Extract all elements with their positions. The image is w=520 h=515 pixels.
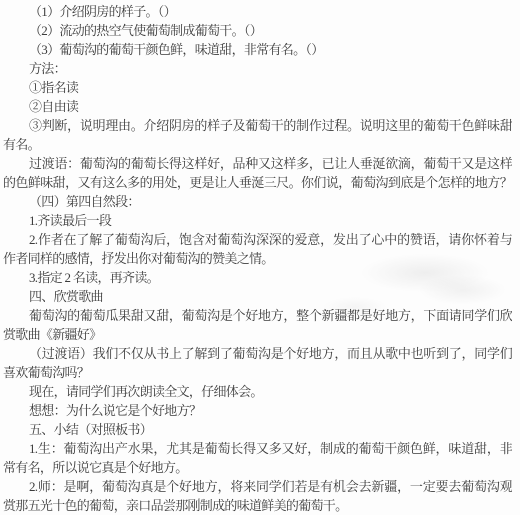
document-page: （1）介绍阴房的样子。（）（2）流动的热空气使葡萄制成葡萄干。（）（3）葡萄沟的… [0,0,520,515]
text-line: 1.生：葡萄沟出产水果，尤其是葡萄长得又多又好，制成的葡萄干颜色鲜，味道甜，非 [3,439,512,458]
text-line: 现在，请同学们再次朗读全文，仔细体会。 [3,382,512,401]
text-line: 有名。 [3,135,512,154]
text-line: 赏歌曲《新疆好》 [3,325,512,344]
text-line: 喜欢葡萄沟吗？ [3,363,512,382]
text-line: 常有名，所以说它真是个好地方。 [3,458,512,477]
text-line: （四）第四自然段： [3,192,512,211]
text-line: 想想：为什么说它是个好地方？ [3,401,512,420]
text-line: 五、小结（对照板书） [3,420,512,439]
text-line: 的色鲜味甜，又有这么多的用处，更是让人垂涎三尺。你们说，葡萄沟到底是个怎样的地方… [3,173,512,192]
text-line: 作者同样的感情，抒发出你对葡萄沟的赞美之情。 [3,249,512,268]
text-line: ②自由读 [3,97,512,116]
text-line: （过渡语）我们不仅从书上了解到了葡萄沟是个好地方，而且从歌中也听到了，同学们 [3,344,512,363]
text-line: 方法： [3,59,512,78]
text-line: 1.齐读最后一段 [3,211,512,230]
text-line: ①指名读 [3,78,512,97]
document-body: （1）介绍阴房的样子。（）（2）流动的热空气使葡萄制成葡萄干。（）（3）葡萄沟的… [3,2,512,515]
text-line: （1）介绍阴房的样子。（） [3,2,512,21]
text-line: 过渡语：葡萄沟的葡萄长得这样好，品种又这样多，已让人垂涎欲滴，葡萄干又是这样 [3,154,512,173]
text-line: （2）流动的热空气使葡萄制成葡萄干。（） [3,21,512,40]
text-line: 2.师：是啊，葡萄沟真是个好地方，将来同学们若是有机会去新疆，一定要去葡萄沟观 [3,477,512,496]
text-line: 2.作者在了解了葡萄沟后，饱含对葡萄沟深深的爱意，发出了心中的赞语，请你怀着与 [3,230,512,249]
text-line: （3）葡萄沟的葡萄干颜色鲜，味道甜，非常有名。（） [3,40,512,59]
text-line: 四、欣赏歌曲 [3,287,512,306]
text-line: ③判断，说明理由。介绍阴房的样子及葡萄干的制作过程。说明这里的葡萄干色鲜味甜 [3,116,512,135]
text-line: 赏那五光十色的葡萄，亲口品尝那刚制成的味道鲜美的葡萄干。 [3,496,512,515]
text-line: 3.指定 2 名读，再齐读。 [3,268,512,287]
text-line: 葡萄沟的葡萄瓜果甜又甜，葡萄沟是个好地方，整个新疆都是好地方，下面请同学们欣 [3,306,512,325]
